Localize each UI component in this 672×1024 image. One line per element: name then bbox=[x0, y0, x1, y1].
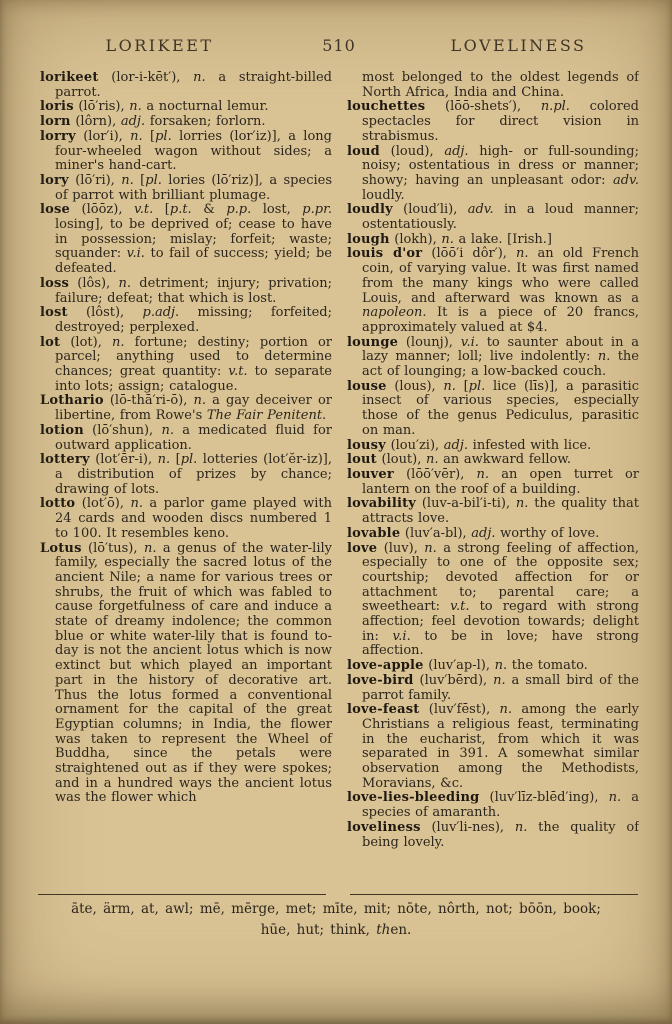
entry-text: n. bbox=[515, 820, 528, 835]
headword: lorn bbox=[40, 114, 71, 129]
entry-text: n. bbox=[426, 452, 439, 467]
entry-text: (lous), bbox=[387, 379, 444, 394]
headword: love-apple bbox=[347, 658, 424, 673]
entry-text: v.t. bbox=[450, 599, 469, 614]
entry-text: (lōō′i dôr′), bbox=[422, 246, 516, 261]
entry-text: v.i. bbox=[127, 246, 145, 261]
headword: lough bbox=[347, 232, 390, 247]
entry-text: n. bbox=[500, 702, 513, 717]
headword: lose bbox=[40, 202, 70, 217]
headword: louis d'or bbox=[347, 246, 422, 261]
headword: lorikeet bbox=[40, 71, 99, 85]
entry-text: n. bbox=[144, 541, 157, 556]
dict-entry-lorikeet: lorikeet (lor-i-kēt′), n. a straight-bil… bbox=[40, 71, 332, 100]
entry-text: n. bbox=[516, 246, 529, 261]
entry-text: (luv′līz-blēd′ing), bbox=[479, 790, 608, 805]
footer-rule-left bbox=[38, 894, 326, 895]
dict-entry-lounge: lounge (lounj), v.i. to saunter about in… bbox=[347, 336, 639, 380]
entry-text: infested with lice. bbox=[468, 438, 591, 453]
running-head: LORIKEET 510 LOVELINESS bbox=[40, 36, 638, 55]
entry-text: & bbox=[192, 202, 227, 217]
entry-text: n. bbox=[119, 276, 132, 291]
entry-text: (lor′i), bbox=[76, 129, 130, 144]
headword: lory bbox=[40, 173, 69, 188]
left-column: lorikeet (lor-i-kēt′), n. a straight-bil… bbox=[40, 71, 332, 893]
dict-entry-lotto: lotto (lot′ō), n. a parlor game played w… bbox=[40, 497, 332, 541]
headword: louver bbox=[347, 467, 394, 482]
dict-entry-lotion: lotion (lō′shun), n. a medicated fluid f… bbox=[40, 424, 332, 453]
entry-text: v.t. bbox=[134, 202, 153, 217]
headword: loudly bbox=[347, 202, 393, 217]
dict-entry-lorn: lorn (lôrn), adj. forsaken; forlorn. bbox=[40, 115, 332, 130]
entry-text: n. bbox=[441, 232, 454, 247]
dict-entry-lout: lout (lout), n. an awkward fellow. bbox=[347, 453, 639, 468]
dict-entry-loss: loss (lôs), n. detriment; injury; privat… bbox=[40, 277, 332, 306]
dict-entry-love-apple: love-apple (luv′ap-l), n. the tomato. bbox=[347, 659, 639, 674]
pronunciation-key: āte, ärm, at, awl; mē, mērge, met; mīte,… bbox=[0, 899, 672, 941]
entry-text: n. bbox=[477, 467, 490, 482]
dict-entry-lot: lot (lot), n. fortune; destiny; portion … bbox=[40, 336, 332, 395]
entry-text: pl. bbox=[469, 379, 486, 394]
footer-rules bbox=[38, 894, 638, 895]
entry-text: n. bbox=[161, 423, 174, 438]
guide-word-left: LORIKEET bbox=[40, 36, 279, 55]
headword: love-feast bbox=[347, 702, 419, 717]
entry-text: The Fair Penitent. bbox=[207, 408, 326, 423]
entry-text: n. bbox=[130, 496, 143, 511]
entry-text: lost, bbox=[251, 202, 302, 217]
entry-text: p.adj. bbox=[143, 305, 180, 320]
headword: Lothario bbox=[40, 393, 104, 408]
entry-text: (luv-a-bil′i-ti), bbox=[416, 496, 516, 511]
dict-entry-lottery: lottery (lot′ēr-i), n. [pl. lotteries (l… bbox=[40, 453, 332, 497]
entry-text: (luv′li-nes), bbox=[421, 820, 515, 835]
entry-text: adj. bbox=[444, 144, 468, 159]
entry-text: v.i. bbox=[393, 629, 411, 644]
entry-text: n. bbox=[112, 335, 125, 350]
entry-text: (lout), bbox=[377, 452, 426, 467]
entry-text: th bbox=[376, 922, 390, 938]
entry-text: pl. bbox=[155, 129, 172, 144]
right-column: most belonged to the oldest legends of N… bbox=[347, 71, 639, 893]
headword: lorry bbox=[40, 129, 76, 144]
entry-text: (lou′zi), bbox=[386, 438, 444, 453]
entry-text: (luv), bbox=[377, 541, 424, 556]
dict-entry-lost: lost (lôst), p.adj. missing; forfeited; … bbox=[40, 306, 332, 335]
headword: lounge bbox=[347, 335, 398, 350]
dict-entry-louver: louver (lōō′vēr), n. an open turret or l… bbox=[347, 468, 639, 497]
entry-text: [ bbox=[456, 379, 469, 394]
entry-text: (lōō-shets′), bbox=[425, 99, 541, 114]
entry-text: n. bbox=[121, 173, 134, 188]
dict-entry-loveliness: loveliness (luv′li-nes), n. the quality … bbox=[347, 821, 639, 850]
entry-text: (lot), bbox=[60, 335, 112, 350]
entry-text: adj. bbox=[471, 526, 495, 541]
entry-text: (lot′ō), bbox=[75, 496, 130, 511]
entry-text: an awkward fellow. bbox=[439, 452, 572, 467]
dict-entry-louchettes: louchettes (lōō-shets′), n.pl. colored s… bbox=[347, 100, 639, 144]
page-number: 510 bbox=[279, 36, 399, 55]
dict-entry-love-bird: love-bird (luv′bērd), n. a small bird of… bbox=[347, 674, 639, 703]
entry-text: n. bbox=[129, 99, 142, 114]
entry-text: (loud′li), bbox=[393, 202, 468, 217]
entry-text: [ bbox=[134, 173, 146, 188]
headword: love-lies-bleeding bbox=[347, 790, 479, 805]
entry-text: forsaken; forlorn. bbox=[145, 114, 265, 129]
dict-entry-love-feast: love-feast (luv′fēst), n. among the earl… bbox=[347, 703, 639, 791]
entry-text: a lake. [Irish.] bbox=[454, 232, 552, 247]
headword: lost bbox=[40, 305, 68, 320]
entry-text: n. bbox=[424, 541, 437, 556]
entry-text: (lor-i-kēt′), bbox=[99, 71, 194, 85]
entry-text: (lokh), bbox=[390, 232, 442, 247]
headword: loud bbox=[347, 144, 380, 159]
headword: lottery bbox=[40, 452, 90, 467]
headword: loss bbox=[40, 276, 69, 291]
entry-text: (lounj), bbox=[398, 335, 461, 350]
entry-text: n. bbox=[493, 673, 506, 688]
dict-entry-lovable: lovable (luv′a-bl), adj. worthy of love. bbox=[347, 527, 639, 542]
entry-text: n. bbox=[193, 71, 206, 85]
entry-text: worthy of love. bbox=[496, 526, 600, 541]
dict-entry-lovability: lovability (luv-a-bil′i-ti), n. the qual… bbox=[347, 497, 639, 526]
dict-entry-lose: lose (lōōz), v.t. [p.t. & p.p. lost, p.p… bbox=[40, 203, 332, 277]
entry-text: en. bbox=[390, 922, 411, 938]
entry-text: a nocturnal lemur. bbox=[142, 99, 269, 114]
dict-entry-lotus: Lotus (lō′tus), n. a genus of the water-… bbox=[40, 542, 332, 807]
entry-text: (luv′fēst), bbox=[419, 702, 499, 717]
entry-text: (luv′a-bl), bbox=[400, 526, 471, 541]
headword: lousy bbox=[347, 438, 386, 453]
pronunciation-key-line1: āte, ärm, at, awl; mē, mērge, met; mīte,… bbox=[0, 899, 672, 920]
entry-text: adv. bbox=[613, 173, 639, 188]
entry-text: (lôs), bbox=[69, 276, 118, 291]
entry-text: most belonged to the oldest legends of N… bbox=[362, 71, 639, 100]
entry-text: the tomato. bbox=[507, 658, 588, 673]
dict-entry-lothario: Lothario (lō-thā′ri-ō), n. a gay deceive… bbox=[40, 394, 332, 423]
entry-text: pl. bbox=[181, 452, 198, 467]
footer-rule-right bbox=[350, 894, 638, 895]
headword: love bbox=[347, 541, 377, 556]
entry-text: (lôst), bbox=[68, 305, 143, 320]
headword: lovable bbox=[347, 526, 400, 541]
entry-text: (lōōz), bbox=[70, 202, 134, 217]
entry-text: p.p. bbox=[226, 202, 251, 217]
headword: lot bbox=[40, 335, 60, 350]
headword: lotion bbox=[40, 423, 84, 438]
entry-text: [ bbox=[170, 452, 181, 467]
pronunciation-key-line2: hūe, hut; think, then. bbox=[0, 920, 672, 941]
entry-text: n. bbox=[194, 393, 207, 408]
entry-text: (loud), bbox=[380, 144, 444, 159]
entry-text: (lō′ri), bbox=[69, 173, 121, 188]
entry-text: (luv′bērd), bbox=[414, 673, 494, 688]
dictionary-page: LORIKEET 510 LOVELINESS lorikeet (lor-i-… bbox=[0, 0, 672, 1024]
headword: lout bbox=[347, 452, 377, 467]
entry-text: loudly. bbox=[362, 188, 405, 203]
dict-entry-lorry: lorry (lor′i), n. [pl. lorries (lor′iz)]… bbox=[40, 130, 332, 174]
entry-text: a genus of the water-lily family, especi… bbox=[55, 541, 332, 806]
dict-entry-lough: lough (lokh), n. a lake. [Irish.] bbox=[347, 233, 639, 248]
entry-text: (lôrn), bbox=[71, 114, 121, 129]
headword: love-bird bbox=[347, 673, 414, 688]
dict-entry-loud: loud (loud), adj. high- or full-sounding… bbox=[347, 145, 639, 204]
entry-text: v.t. bbox=[228, 364, 247, 379]
dict-entry-loris: loris (lō′ris), n. a nocturnal lemur. bbox=[40, 100, 332, 115]
entry-text: hūe, hut; think, bbox=[261, 922, 377, 938]
entry-text: (lō′tus), bbox=[82, 541, 144, 556]
dict-entry-louse: louse (lous), n. [pl. lice (līs)], a par… bbox=[347, 380, 639, 439]
headword: Lotus bbox=[40, 541, 82, 556]
headword: lovability bbox=[347, 496, 416, 511]
entry-text: n. bbox=[443, 379, 456, 394]
entry-text: (lō′ris), bbox=[74, 99, 130, 114]
headword: loveliness bbox=[347, 820, 421, 835]
entry-text: n. bbox=[516, 496, 529, 511]
entry-text: n. bbox=[158, 452, 171, 467]
entry-text: n. bbox=[609, 790, 622, 805]
entry-text: napoleon bbox=[362, 305, 422, 320]
dict-entry-lousy: lousy (lou′zi), adj. infested with lice. bbox=[347, 439, 639, 454]
dict-entry-loudly: loudly (loud′li), adv. in a loud manner;… bbox=[347, 203, 639, 232]
entry-text: pl. bbox=[145, 173, 162, 188]
entry-text: (lot′ēr-i), bbox=[90, 452, 158, 467]
entry-text: n. bbox=[495, 658, 508, 673]
entry-text: (lō′shun), bbox=[84, 423, 162, 438]
headword: lotto bbox=[40, 496, 75, 511]
entry-continuation: most belonged to the oldest legends of N… bbox=[347, 71, 639, 100]
entry-text: (luv′ap-l), bbox=[424, 658, 495, 673]
entry-text: p.pr. bbox=[302, 202, 332, 217]
entry-text: (lō-thā′ri-ō), bbox=[104, 393, 194, 408]
dict-entry-louis-d-or: louis d'or (lōō′i dôr′), n. an old Frenc… bbox=[347, 247, 639, 335]
text-columns: lorikeet (lor-i-kēt′), n. a straight-bil… bbox=[40, 71, 639, 893]
entry-text: n. bbox=[130, 129, 143, 144]
entry-text: (lōō′vēr), bbox=[394, 467, 477, 482]
entry-text: adv. bbox=[468, 202, 494, 217]
entry-text: adj. bbox=[121, 114, 145, 129]
guide-word-right: LOVELINESS bbox=[399, 36, 638, 55]
headword: louse bbox=[347, 379, 387, 394]
entry-text: n. bbox=[598, 349, 611, 364]
entry-text: [ bbox=[153, 202, 170, 217]
headword: loris bbox=[40, 99, 74, 114]
dict-entry-love-lies-bleeding: love-lies-bleeding (luv′līz-blēd′ing), n… bbox=[347, 791, 639, 820]
dict-entry-love: love (luv), n. a strong feeling of affec… bbox=[347, 542, 639, 660]
entry-text: v.i. bbox=[461, 335, 479, 350]
entry-text: adj. bbox=[444, 438, 468, 453]
entry-text: p.t. bbox=[170, 202, 192, 217]
headword: louchettes bbox=[347, 99, 425, 114]
entry-text: n.pl. bbox=[541, 99, 570, 114]
dict-entry-lory: lory (lō′ri), n. [pl. lories (lō′riz)], … bbox=[40, 174, 332, 203]
entry-text: [ bbox=[143, 129, 155, 144]
